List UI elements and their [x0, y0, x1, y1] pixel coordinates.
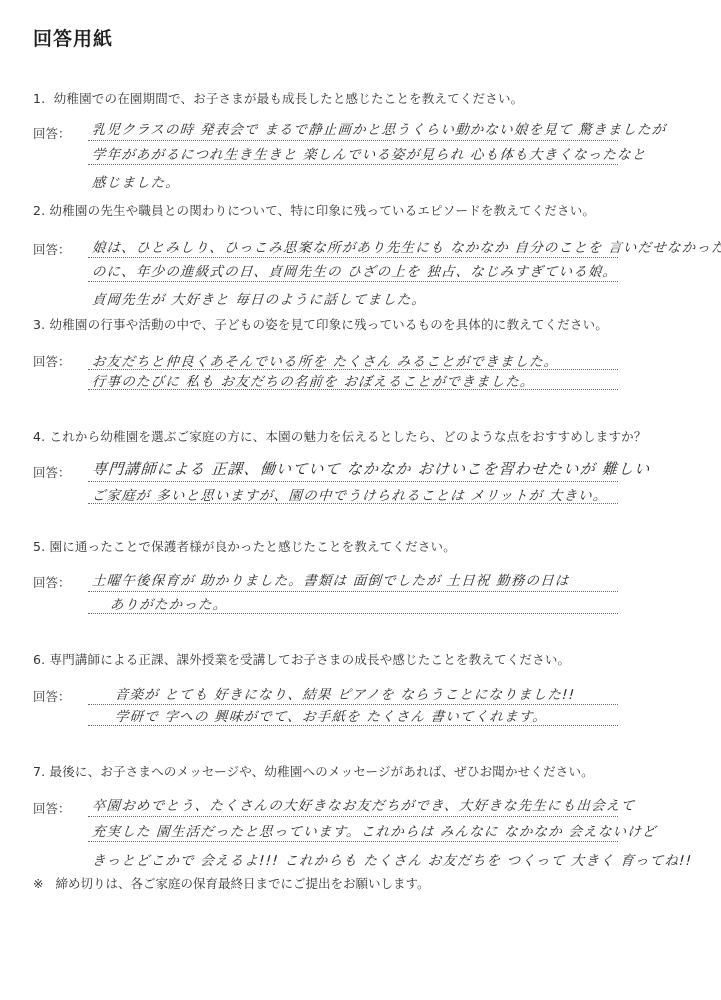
answer-label: 回答： — [33, 240, 71, 258]
question-number: 7. — [33, 764, 45, 779]
question-number: 1. — [33, 91, 45, 106]
handwritten-answer-line: 貞岡先生が 大好きと 毎日のように話してました。 — [91, 288, 427, 308]
question-text: 幼稚園の先生や職員との関わりについて、特に印象に残っているエピソードを教えてくだ… — [50, 203, 596, 218]
answer-label: 回答： — [33, 352, 71, 370]
handwritten-answer-line: ご家庭が 多いと思いますが、園の中でうけられることは メリットが 大きい。 — [91, 484, 608, 504]
handwritten-answer-line: きっとどこかで 会えるよ!!! これからも たくさん お友だちを つくって 大き… — [91, 849, 693, 869]
handwritten-answer-line: 行事のたびに 私も お友だちの名前を おぼえることができました。 — [91, 370, 535, 390]
question-text: 幼稚園での在園期間で、お子さまが最も成長したと感じたことを教えてください。 — [54, 91, 524, 106]
handwritten-answer-line: のに、年少の進級式の日、貞岡先生の ひざの上を 独占、なじみすぎている娘。 — [91, 260, 618, 280]
handwritten-answer-line: 土曜午後保育が 助かりました。書類は 面倒でしたが 土日祝 勤務の日は — [91, 569, 570, 589]
answer-label: 回答： — [33, 799, 71, 817]
question-6: 6. 専門講師による正課、課外授業を受講してお子さまの成長や感じたことを教えてく… — [33, 650, 570, 668]
question-1: 1. 幼稚園での在園期間で、お子さまが最も成長したと感じたことを教えてください。 — [33, 89, 523, 107]
handwritten-answer-line: 卒園おめでとう、たくさんの大好きなお友だちができ、大好きな先生にも出会えて — [91, 794, 636, 814]
question-number: 6. — [33, 652, 45, 667]
handwritten-answer-line: 学研で 字への 興味がでて、お手紙を たくさん 書いてくれます。 — [114, 705, 548, 725]
handwritten-answer-line: 感じました。 — [91, 171, 181, 191]
question-5: 5. 園に通ったことで保護者様が良かったと感じたことを教えてください。 — [33, 537, 456, 555]
handwritten-answer-line: 専門講師による 正課、働いていて なかなか おけいこを習わせたいが 難しい — [91, 458, 651, 479]
question-2: 2. 幼稚園の先生や職員との関わりについて、特に印象に残っているエピソードを教え… — [33, 201, 595, 219]
question-number: 3. — [33, 317, 45, 332]
question-3: 3. 幼稚園の行事や活動の中で、子どもの姿を見て印象に残っているものを具体的に教… — [33, 315, 608, 333]
question-text: 幼稚園の行事や活動の中で、子どもの姿を見て印象に残っているものを具体的に教えてく… — [50, 317, 609, 332]
question-7: 7. 最後に、お子さまへのメッセージや、幼稚園へのメッセージがあれば、ぜひお聞か… — [33, 762, 594, 780]
handwritten-answer-line: 充実した 園生活だったと思っています。これからは みんなに なかなか 会えないけ… — [91, 820, 657, 840]
question-text: これから幼稚園を選ぶご家庭の方に、本園の魅力を伝えるとしたら、どのような点をおす… — [50, 429, 647, 444]
answer-label: 回答： — [33, 687, 71, 705]
handwritten-answer-line: 学年があがるにつれ生き生きと 楽しんでいる姿が見られ 心も体も大きくなったなと — [91, 143, 647, 163]
question-text: 園に通ったことで保護者様が良かったと感じたことを教えてください。 — [50, 539, 456, 554]
handwritten-answer-line: 乳児クラスの時 発表会で まるで静止画かと思うくらい動かない娘を見て 驚きました… — [91, 118, 667, 138]
question-number: 5. — [33, 539, 45, 554]
deadline-note-text: 締め切りは、各ご家庭の保育最終日までにご提出をお願いします。 — [55, 876, 429, 891]
handwritten-answer-line: 娘は、ひとみしり、ひっこみ思案な所があり先生にも なかなか 自分のことを 言いだ… — [91, 236, 721, 256]
question-number: 4. — [33, 429, 45, 444]
page-title: 回答用紙 — [33, 24, 113, 51]
question-4: 4. これから幼稚園を選ぶご家庭の方に、本園の魅力を伝えるとしたら、どのような点… — [33, 427, 647, 445]
handwritten-answer-line: 音楽が とても 好きになり、結果 ピアノを ならうことになりました!! — [114, 683, 576, 703]
handwritten-answer-line: ありがたかった。 — [109, 593, 228, 613]
handwritten-answer-line: お友だちと仲良くあそんでいる所を たくさん みることができました。 — [91, 350, 559, 370]
answer-label: 回答： — [33, 463, 71, 481]
question-text: 専門講師による正課、課外授業を受講してお子さまの成長や感じたことを教えてください… — [50, 652, 571, 667]
answer-sheet-page: 回答用紙 1. 幼稚園での在園期間で、お子さまが最も成長したと感じたことを教えて… — [0, 0, 721, 1000]
answer-label: 回答： — [33, 573, 71, 591]
reference-mark-icon: ※ — [33, 876, 43, 891]
deadline-note: ※締め切りは、各ご家庭の保育最終日までにご提出をお願いします。 — [33, 874, 430, 892]
question-number: 2. — [33, 203, 45, 218]
question-text: 最後に、お子さまへのメッセージや、幼稚園へのメッセージがあれば、ぜひお聞かせくだ… — [50, 764, 594, 779]
answer-label: 回答： — [33, 124, 71, 142]
